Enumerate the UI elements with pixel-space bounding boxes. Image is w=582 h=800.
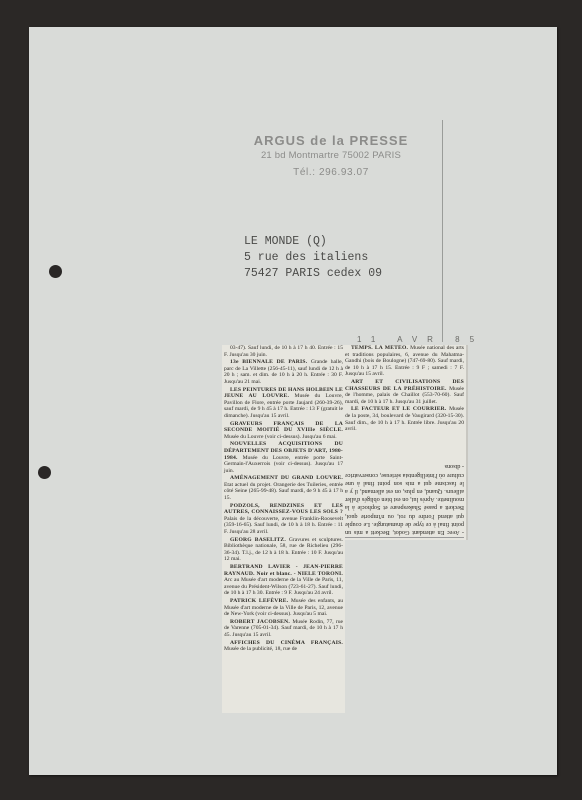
listing-text: Musée du Louvre, entrée porte Saint-Germ…	[224, 455, 343, 474]
fold-line	[442, 120, 443, 342]
recipient-address: LE MONDE (Q) 5 rue des italiens 75427 PA…	[244, 234, 382, 282]
listing-entry: GRAVEURS FRANÇAIS DE LA SECONDE MOITIÉ D…	[224, 421, 343, 441]
recipient-line-1: LE MONDE (Q)	[244, 234, 382, 250]
clipping-right-column: TEMPS. LA MÉTÉO. Musée national des arts…	[343, 345, 468, 540]
punch-hole-bottom	[38, 466, 51, 479]
listing-heading: AFFICHES DU CINÉMA FRANÇAIS.	[230, 640, 343, 646]
handwritten-date-mark: 11 AVR 85	[357, 335, 484, 344]
right-column-entries: TEMPS. LA MÉTÉO. Musée national des arts…	[345, 345, 464, 433]
stamp-telephone: Tél.: 296.93.07	[246, 167, 416, 178]
listing-entry: AMÉNAGEMENT DU GRAND LOUVRE. Etat actuel…	[224, 475, 343, 501]
listing-entry: 03-47). Sauf lundi, de 10 h à 17 h 40. E…	[224, 345, 343, 358]
listing-heading: GEORG BASELITZ.	[230, 537, 289, 543]
clipping-left-column: 03-47). Sauf lundi, de 10 h à 17 h 40. E…	[222, 345, 345, 713]
listing-heading: ART ET CIVILISATIONS DES CHASSEURS DE LA…	[345, 379, 464, 392]
listing-heading: LE FACTEUR ET LE COURRIER.	[351, 406, 449, 412]
listing-heading: AMÉNAGEMENT DU GRAND LOUVRE.	[230, 475, 343, 481]
listing-entry: NOUVELLES ACQUISITIONS DU DÉPARTEMENT DE…	[224, 441, 343, 474]
recipient-line-3: 75427 PARIS cedex 09	[244, 266, 382, 282]
listing-heading: GRAVEURS FRANÇAIS DE LA SECONDE MOITIÉ D…	[224, 421, 343, 434]
recipient-line-2: 5 rue des italiens	[244, 250, 382, 266]
listing-entry: GEORG BASELITZ. Gravures et sculptures. …	[224, 537, 343, 563]
listing-heading: BERTRAND LAVIER - JEAN-PIERRE RAYNAUD. N…	[224, 564, 343, 577]
listing-heading: TEMPS. LA MÉTÉO.	[351, 345, 410, 351]
stamp-address: 21 bd Montmartre 75002 PARIS	[246, 150, 416, 161]
listing-entry: TEMPS. LA MÉTÉO. Musée national des arts…	[345, 345, 464, 378]
listing-text: 03-47). Sauf lundi, de 10 h à 17 h 40. E…	[224, 345, 343, 358]
listing-entry: AFFICHES DU CINÉMA FRANÇAIS. Musée de la…	[224, 640, 343, 653]
listing-entry: PODZOLS, RENDZINES ET LES AUTRES, CONNAI…	[224, 503, 343, 536]
listing-text: Etat actuel du projet. Orangerie des Tui…	[224, 482, 343, 501]
argus-stamp: ARGUS de la PRESSE 21 bd Montmartre 7500…	[246, 133, 416, 178]
upside-down-text: - Avec En attendant Godot, Beckett a mis…	[345, 433, 464, 538]
stamp-title: ARGUS de la PRESSE	[246, 133, 416, 148]
listing-text: Palais de la découverte, avenue Franklin…	[224, 516, 343, 535]
listing-text: Musée de la publicité, 18, rue de	[224, 646, 297, 652]
listing-entry: PATRICK LEFÈVRE. Musée des enfants, au M…	[224, 598, 343, 618]
listing-entry: ART ET CIVILISATIONS DES CHASSEURS DE LA…	[345, 379, 464, 405]
listing-entry: BERTRAND LAVIER - JEAN-PIERRE RAYNAUD. N…	[224, 564, 343, 597]
listing-heading: PATRICK LEFÈVRE.	[230, 598, 291, 604]
listing-entry: ROBERT JACOBSEN. Musée Rodin, 77, rue de…	[224, 619, 343, 639]
listing-heading: 13e BIENNALE DE PARIS.	[230, 359, 311, 365]
listing-entry: 13e BIENNALE DE PARIS. Grande halle, par…	[224, 359, 343, 385]
listing-entry: LE FACTEUR ET LE COURRIER. Musée de la p…	[345, 406, 464, 432]
listing-heading: ROBERT JACOBSEN.	[230, 619, 292, 625]
listing-entry: LES PEINTURES DE HANS HOLBEIN LE JEUNE A…	[224, 387, 343, 420]
listing-text: Arc au Musée d'art moderne de la Ville d…	[224, 577, 343, 596]
punch-hole-top	[49, 265, 62, 278]
listing-text: Musée du Louvre (voir ci-dessus). Jusqu'…	[224, 434, 337, 440]
listing-heading: PODZOLS, RENDZINES ET LES AUTRES, CONNAI…	[224, 503, 343, 516]
